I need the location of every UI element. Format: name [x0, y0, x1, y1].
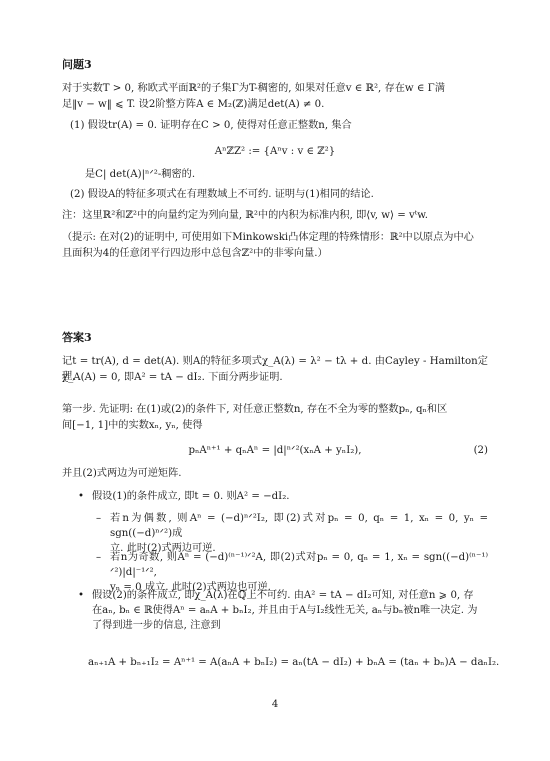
problem-part1: (1) 假设tr(A) = 0. 证明存在C > 0, 使得对任意正整数n, 集… [70, 119, 488, 134]
problem-part1-formula: AⁿℤZ² := {Aⁿv : v ∈ ℤ²} [62, 145, 488, 160]
dash-case-even-line1: 若n为偶数, 则Aⁿ = (−d)ⁿᐟ²I₂, 即(2)式对pₙ = 0, qₙ… [110, 512, 488, 542]
problem-note: 注：这里ℝ²和ℤ²中的向量约定为列向量, ℝ²中的内积为标准内积, 即⟨v, w… [62, 209, 488, 224]
equation-2-number: (2) [474, 444, 488, 459]
bullet-case-1: • 假设(1)的条件成立, 即t = 0. 则A² = −dI₂. [78, 490, 488, 505]
problem-part2: (2) 假设A的特征多项式在有理数域上不可约. 证明与(1)相同的结论. [70, 188, 488, 203]
problem-title: 问题3 [62, 57, 488, 73]
problem-intro-line1: 对于实数T > 0, 称欧式平面ℝ²的子集Γ为T-稠密的, 如果对任意v ∈ ℝ… [62, 82, 488, 97]
bullet-icon: • [78, 490, 84, 505]
bullet-case-2: • 假设(2)的条件成立, 即χ_A(λ)在ℚ上不可约. 由A² = tA − … [78, 589, 488, 633]
problem-intro-line2: 足‖v − w‖ ⩽ T. 设2阶整方阵A ∈ M₂(ℤ)满足det(A) ≠ … [62, 98, 488, 113]
invertible-statement: 并且(2)式两边为可逆矩阵. [62, 467, 488, 482]
answer-title: 答案3 [62, 330, 488, 346]
step1-line1: 第一步. 先证明: 在(1)或(2)的条件下, 对任意正整数n, 存在不全为零的… [62, 403, 488, 418]
bullet-case-2-line1: 假设(2)的条件成立, 即χ_A(λ)在ℚ上不可约. 由A² = tA − dI… [92, 589, 488, 604]
dash-icon: – [96, 512, 101, 527]
recurrence-equation: aₙ₊₁A + bₙ₊₁I₂ = Aⁿ⁺¹ = A(aₙA + bₙI₂) = … [88, 656, 508, 671]
problem-hint-line2: 且面积为4的任意闭平行四边形中总包含ℤ²中的非零向量.） [62, 247, 488, 262]
problem-part1-tail: 是C| det(A)|ⁿᐟ²-稠密的. [85, 168, 488, 183]
equation-2: pₙAⁿ⁺¹ + qₙAⁿ = |d|ⁿᐟ²(xₙA + yₙI₂), [62, 444, 488, 459]
step1-line2: 间[−1, 1]中的实数xₙ, yₙ, 使得 [62, 419, 488, 434]
bullet-case-2-line3: 了得到进一步的信息, 注意到 [92, 619, 488, 634]
bullet-icon: • [78, 589, 84, 604]
dash-icon: – [96, 551, 101, 566]
dash-case-even: – 若n为偶数, 则Aⁿ = (−d)ⁿᐟ²I₂, 即(2)式对pₙ = 0, … [96, 512, 488, 556]
document-page: 问题3 对于实数T > 0, 称欧式平面ℝ²的子集Γ为T-稠密的, 如果对任意v… [0, 0, 550, 761]
bullet-case-1-text: 假设(1)的条件成立, 即t = 0. 则A² = −dI₂. [92, 490, 488, 505]
bullet-case-2-line2: 在aₙ, bₙ ∈ ℝ使得Aⁿ = aₙA + bₙI₂, 并且由于A与I₂线性… [92, 604, 488, 619]
problem-hint-line1: （提示: 在对(2)的证明中, 可使用如下Minkowski凸体定理的特殊情形：… [62, 231, 488, 246]
dash-case-odd-line1: 若n为奇数, 则Aⁿ = (−d)⁽ⁿ⁻¹⁾ᐟ²A, 即(2)式对pₙ = 0,… [110, 551, 488, 581]
page-number: 4 [0, 698, 550, 713]
answer-intro-line2: χ_A(A) = 0, 即A² = tA − dI₂. 下面分两步证明. [62, 371, 488, 386]
